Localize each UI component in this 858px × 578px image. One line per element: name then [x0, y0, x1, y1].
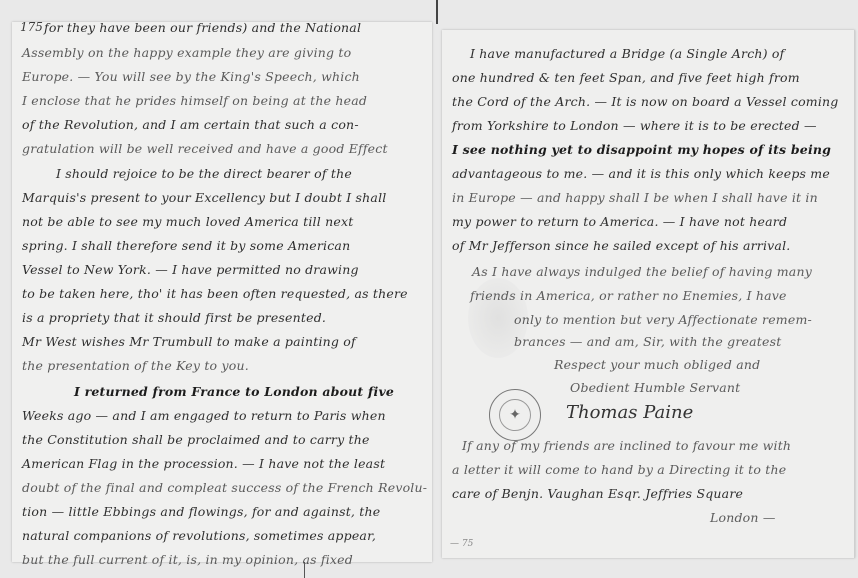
letter-line: from Yorkshire to London — where it is t…	[452, 118, 817, 133]
letter-line: the Cord of the Arch. — It is now on boa…	[452, 94, 839, 109]
postscript-line: a letter it will come to hand by a Direc…	[452, 462, 786, 477]
page-fold-divider	[436, 0, 438, 24]
letter-line: to be taken here, tho' it has been often…	[22, 286, 408, 301]
postscript-line: London —	[710, 510, 776, 525]
bottom-mark: — 75	[450, 539, 473, 549]
letter-line: natural companions of revolutions, somet…	[22, 528, 376, 543]
letter-line: the Constitution shall be proclaimed and…	[22, 432, 370, 447]
letter-line: advantageous to me. — and it is this onl…	[452, 166, 830, 181]
letter-line: is a propriety that it should first be p…	[22, 310, 326, 325]
letter-line: American Flag in the procession. — I hav…	[22, 456, 385, 471]
letter-line: for they have been our friends) and the …	[44, 20, 361, 35]
letter-line: of the Revolution, and I am certain that…	[22, 117, 359, 132]
library-of-congress-stamp: ✦	[489, 389, 541, 441]
letter-line: only to mention but very Affectionate re…	[514, 312, 812, 327]
letter-line: Respect your much obliged and	[554, 357, 760, 372]
letter-line: brances — and am, Sir, with the greatest	[514, 334, 781, 349]
letter-line: Obedient Humble Servant	[570, 380, 740, 395]
letter-line: I returned from France to London about f…	[74, 384, 394, 399]
letter-line: spring. I shall therefore send it by som…	[22, 238, 350, 253]
folio-number: 175	[20, 20, 43, 34]
letter-line: but the full current of it, is, in my op…	[22, 552, 353, 567]
letter-line: As I have always indulged the belief of …	[472, 264, 812, 279]
letter-line: friends in America, or rather no Enemies…	[470, 288, 787, 303]
letter-line: of Mr Jefferson since he sailed except o…	[452, 238, 790, 253]
letter-line: my power to return to America. — I have …	[452, 214, 787, 229]
letter-line: the presentation of the Key to you.	[22, 358, 249, 373]
letter-line: tion — little Ebbings and flowings, for …	[22, 504, 380, 519]
letter-line: gratulation will be well received and ha…	[22, 141, 388, 156]
letter-line: in Europe — and happy shall I be when I …	[452, 190, 818, 205]
letter-line: I have manufactured a Bridge (a Single A…	[470, 46, 784, 61]
letter-line: I enclose that he prides himself on bein…	[22, 93, 367, 108]
letter-line: Vessel to New York. — I have permitted n…	[22, 262, 359, 277]
letter-line: Mr West wishes Mr Trumbull to make a pai…	[22, 334, 356, 349]
letter-line: Weeks ago — and I am engaged to return t…	[22, 408, 386, 423]
letter-line: Europe. — You will see by the King's Spe…	[22, 69, 360, 84]
letter-line: Marquis's present to your Excellency but…	[22, 190, 386, 205]
signature: Thomas Paine	[566, 402, 693, 423]
letter-line: I see nothing yet to disappoint my hopes…	[452, 142, 831, 157]
letter-line: doubt of the final and compleat success …	[22, 480, 427, 495]
postscript-line: care of Benjn. Vaughan Esqr. Jeffries Sq…	[452, 486, 743, 501]
letter-line: one hundred & ten feet Span, and five fe…	[452, 70, 800, 85]
letter-line: I should rejoice to be the direct bearer…	[56, 166, 352, 181]
letter-line: not be able to see my much loved America…	[22, 214, 353, 229]
eagle-seal-icon: ✦	[499, 399, 531, 431]
letter-line: Assembly on the happy example they are g…	[22, 45, 351, 60]
postscript-line: If any of my friends are inclined to fav…	[462, 438, 791, 453]
